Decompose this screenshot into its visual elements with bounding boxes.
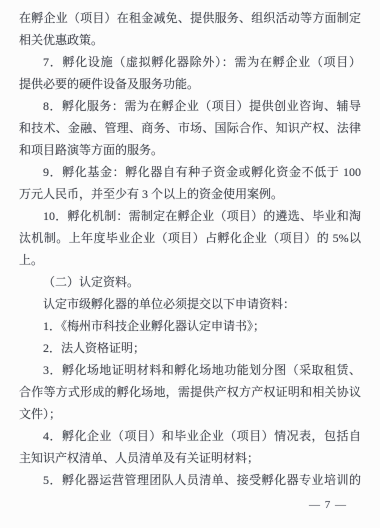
text-line: 文件）； — [19, 403, 361, 425]
text-line: 主知识产权清单、人员清单及有关证明材料； — [19, 447, 361, 469]
page-number: — 7 — — [309, 498, 347, 512]
text-line: 8．孵化服务：需为在孵企业（项目）提供创业咨询、辅导 — [19, 95, 361, 117]
text-line: 和技术、金融、管理、商务、市场、国际合作、知识产权、法律 — [19, 117, 361, 139]
text-line: 万元人民币，并至少有 3 个以上的资金使用案例。 — [19, 183, 361, 205]
text-line: 1．《梅州市科技企业孵化器认定申请书》； — [19, 315, 361, 337]
text-line: 上。 — [19, 249, 361, 271]
text-line: 在孵企业（项目）在租金减免、提供服务、组织活动等方面制定 — [19, 7, 361, 29]
text-line: 提供必要的硬件设备及服务功能。 — [19, 73, 361, 95]
text-line: 10．孵化机制：需制定在孵企业（项目）的遴选、毕业和淘 — [19, 205, 361, 227]
text-line: （二）认定资料。 — [19, 271, 361, 293]
text-line: 7．孵化设施（虚拟孵化器除外）：需为在孵企业（项目） — [19, 51, 361, 73]
text-line: 合作等方式形成的孵化场地，需提供产权方产权证明和相关协议 — [19, 381, 361, 403]
text-line: 9．孵化基金：孵化器自有种子资金或孵化资金不低于 100 — [19, 161, 361, 183]
text-line: 2．法人资格证明； — [19, 337, 361, 359]
text-line: 认定市级孵化器的单位必须提交以下申请资料： — [19, 293, 361, 315]
text-line: 和项目路演等方面的服务。 — [19, 139, 361, 161]
text-line: 3．孵化场地证明材料和孵化场地功能划分图（采取租赁、 — [19, 359, 361, 381]
text-line: 汰机制。上年度毕业企业（项目）占孵化企业（项目）的 5%以 — [19, 227, 361, 249]
text-line: 相关优惠政策。 — [19, 29, 361, 51]
document-body: 在孵企业（项目）在租金减免、提供服务、组织活动等方面制定相关优惠政策。7．孵化设… — [19, 7, 361, 491]
document-page: 在孵企业（项目）在租金减免、提供服务、组织活动等方面制定相关优惠政策。7．孵化设… — [0, 0, 380, 528]
text-line: 5．孵化器运营管理团队人员清单、接受孵化器专业培训的 — [19, 469, 361, 491]
text-line: 4．孵化企业（项目）和毕业企业（项目）情况表，包括自 — [19, 425, 361, 447]
